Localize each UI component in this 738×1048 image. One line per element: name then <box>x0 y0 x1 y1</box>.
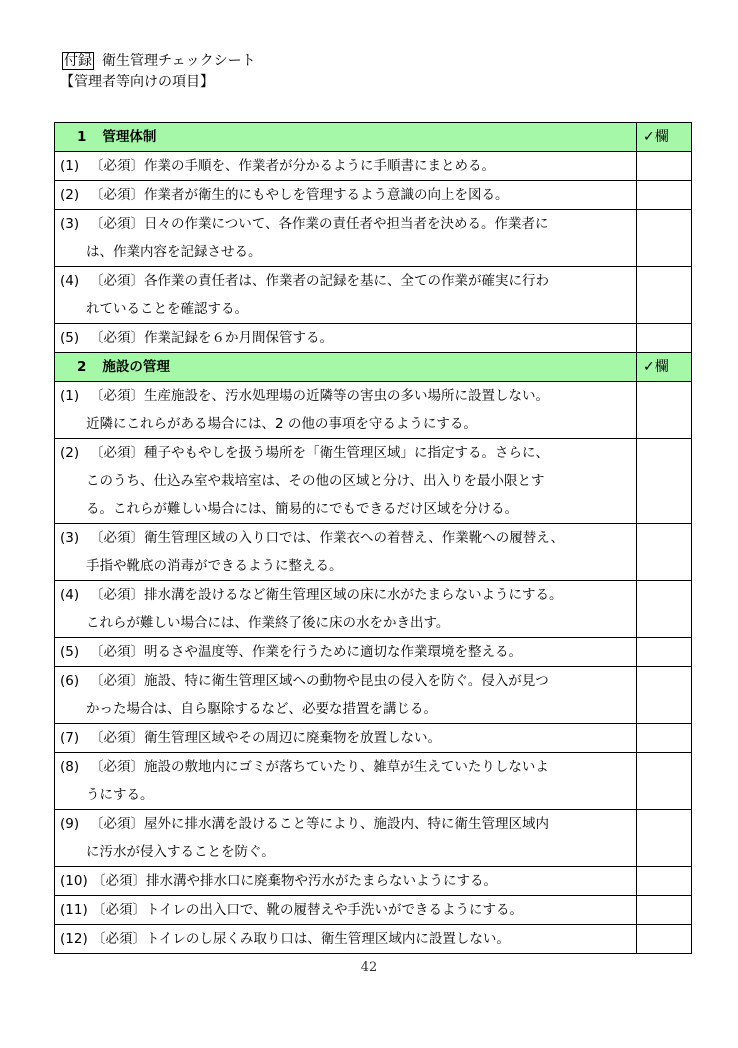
item-text-cell: (5)〔必須〕作業記録を６か月間保管する。 <box>55 324 637 353</box>
item-number: (2) <box>55 439 90 523</box>
item-text-cell: (2)〔必須〕種子やもやしを扱う場所を「衛生管理区域」に指定する。さらに、このう… <box>55 439 637 524</box>
document-title: 付録衛生管理チェックシート <box>62 51 256 71</box>
item-text: 〔必須〕施設の敷地内にゴミが落ちていたり、雑草が生えていたりしないようにする。 <box>90 753 636 809</box>
item-text-cell: (1)〔必須〕作業の手順を、作業者が分かるように手順書にまとめる。 <box>55 152 637 181</box>
item-text-line: 〔必須〕作業記録を６か月間保管する。 <box>90 324 632 352</box>
item-text-line: 〔必須〕トイレのし尿くみ取り口は、衛生管理区域内に設置しない。 <box>92 925 632 953</box>
check-cell[interactable] <box>637 896 692 925</box>
item-text-line: は、作業内容を記録させる。 <box>86 238 632 266</box>
item-text: 〔必須〕トイレのし尿くみ取り口は、衛生管理区域内に設置しない。 <box>92 925 636 953</box>
item-text: 〔必須〕排水溝や排水口に廃棄物や汚水がたまらないようにする。 <box>92 867 636 895</box>
check-cell[interactable] <box>637 724 692 753</box>
check-cell[interactable] <box>637 439 692 524</box>
item-text-cell: (9)〔必須〕屋外に排水溝を設けること等により、施設内、特に衛生管理区域内に汚水… <box>55 810 637 867</box>
check-cell[interactable] <box>637 524 692 581</box>
check-cell[interactable] <box>637 638 692 667</box>
item-number: (10) <box>55 867 92 895</box>
item-text-cell: (7)〔必須〕衛生管理区域やその周辺に廃棄物を放置しない。 <box>55 724 637 753</box>
item-text-line: 〔必須〕種子やもやしを扱う場所を「衛生管理区域」に指定する。さらに、 <box>90 439 632 467</box>
item-text-line: 〔必須〕衛生管理区域やその周辺に廃棄物を放置しない。 <box>90 724 632 752</box>
item-text-line: れていることを確認する。 <box>86 295 632 323</box>
item-text: 〔必須〕衛生管理区域の入り口では、作業衣への着替え、作業靴への履替え、手指や靴底… <box>90 524 636 580</box>
checklist-table: 1管理体制✓欄(1)〔必須〕作業の手順を、作業者が分かるように手順書にまとめる。… <box>54 122 692 954</box>
title-text: 衛生管理チェックシート <box>102 53 256 69</box>
item-number: (12) <box>55 925 92 953</box>
check-cell[interactable] <box>637 810 692 867</box>
item-number: (7) <box>55 724 90 752</box>
item-text: 〔必須〕作業者が衛生的にもやしを管理するよう意識の向上を図る。 <box>90 181 636 209</box>
item-text-line: る。これらが難しい場合には、簡易的にでもできるだけ区域を分ける。 <box>86 495 632 523</box>
item-text-line: に汚水が侵入することを防ぐ。 <box>86 838 632 866</box>
item-text-line: 〔必須〕トイレの出入口で、靴の履替えや手洗いができるようにする。 <box>92 896 632 924</box>
section-title-text: 管理体制 <box>102 129 156 145</box>
item-text-cell: (6)〔必須〕施設、特に衛生管理区域への動物や昆虫の侵入を防ぐ。侵入が見つかった… <box>55 667 637 724</box>
checklist-row: (9)〔必須〕屋外に排水溝を設けること等により、施設内、特に衛生管理区域内に汚水… <box>55 810 692 867</box>
item-text: 〔必須〕作業記録を６か月間保管する。 <box>90 324 636 352</box>
check-cell[interactable] <box>637 925 692 954</box>
item-text: 〔必須〕明るさや温度等、作業を行うために適切な作業環境を整える。 <box>90 638 636 666</box>
item-text-line: 〔必須〕各作業の責任者は、作業者の記録を基に、全ての作業が確実に行わ <box>90 267 632 295</box>
check-cell[interactable] <box>637 267 692 324</box>
item-text: 〔必須〕排水溝を設けるなど衛生管理区域の床に水がたまらないようにする。これらが難… <box>90 581 636 637</box>
item-number: (1) <box>55 152 90 180</box>
item-text: 〔必須〕作業の手順を、作業者が分かるように手順書にまとめる。 <box>90 152 636 180</box>
subtitle: 【管理者等向けの項目】 <box>60 72 214 92</box>
checklist-row: (12)〔必須〕トイレのし尿くみ取り口は、衛生管理区域内に設置しない。 <box>55 925 692 954</box>
checklist-row: (5)〔必須〕作業記録を６か月間保管する。 <box>55 324 692 353</box>
item-number: (8) <box>55 753 90 809</box>
item-text: 〔必須〕トイレの出入口で、靴の履替えや手洗いができるようにする。 <box>92 896 636 924</box>
checklist-row: (10)〔必須〕排水溝や排水口に廃棄物や汚水がたまらないようにする。 <box>55 867 692 896</box>
item-text-cell: (4)〔必須〕各作業の責任者は、作業者の記録を基に、全ての作業が確実に行われてい… <box>55 267 637 324</box>
item-text: 〔必須〕生産施設を、汚水処理場の近隣等の害虫の多い場所に設置しない。近隣にこれら… <box>90 382 636 438</box>
checklist-row: (8)〔必須〕施設の敷地内にゴミが落ちていたり、雑草が生えていたりしないようにす… <box>55 753 692 810</box>
checklist-row: (2)〔必須〕種子やもやしを扱う場所を「衛生管理区域」に指定する。さらに、このう… <box>55 439 692 524</box>
item-text: 〔必須〕各作業の責任者は、作業者の記録を基に、全ての作業が確実に行われていること… <box>90 267 636 323</box>
section-number: 2 <box>77 359 86 375</box>
item-text-line: かった場合は、自ら駆除するなど、必要な措置を講じる。 <box>86 695 632 723</box>
checklist-row: (3)〔必須〕衛生管理区域の入り口では、作業衣への着替え、作業靴への履替え、手指… <box>55 524 692 581</box>
check-cell[interactable] <box>637 753 692 810</box>
item-text-line: 手指や靴底の消毒ができるように整える。 <box>86 552 632 580</box>
section-title: 2施設の管理 <box>55 353 637 382</box>
item-number: (11) <box>55 896 92 924</box>
check-column-header: ✓欄 <box>637 123 692 152</box>
item-text-cell: (10)〔必須〕排水溝や排水口に廃棄物や汚水がたまらないようにする。 <box>55 867 637 896</box>
item-number: (9) <box>55 810 90 866</box>
section-number: 1 <box>77 129 86 145</box>
check-cell[interactable] <box>637 152 692 181</box>
page-number: 42 <box>0 960 738 975</box>
appendix-label: 付録 <box>62 52 94 70</box>
item-text-line: 〔必須〕屋外に排水溝を設けること等により、施設内、特に衛生管理区域内 <box>90 810 632 838</box>
check-cell[interactable] <box>637 867 692 896</box>
item-number: (3) <box>55 210 90 266</box>
item-text-line: 〔必須〕施設、特に衛生管理区域への動物や昆虫の侵入を防ぐ。侵入が見つ <box>90 667 632 695</box>
item-number: (1) <box>55 382 90 438</box>
item-text: 〔必須〕種子やもやしを扱う場所を「衛生管理区域」に指定する。さらに、このうち、仕… <box>90 439 636 523</box>
item-text-cell: (4)〔必須〕排水溝を設けるなど衛生管理区域の床に水がたまらないようにする。これ… <box>55 581 637 638</box>
item-text-line: 〔必須〕施設の敷地内にゴミが落ちていたり、雑草が生えていたりしないよ <box>90 753 632 781</box>
check-cell[interactable] <box>637 581 692 638</box>
item-text-cell: (11)〔必須〕トイレの出入口で、靴の履替えや手洗いができるようにする。 <box>55 896 637 925</box>
check-cell[interactable] <box>637 382 692 439</box>
item-text: 〔必須〕日々の作業について、各作業の責任者や担当者を決める。作業者には、作業内容… <box>90 210 636 266</box>
section-title-text: 施設の管理 <box>102 359 170 375</box>
item-text-cell: (5)〔必須〕明るさや温度等、作業を行うために適切な作業環境を整える。 <box>55 638 637 667</box>
item-text-cell: (3)〔必須〕衛生管理区域の入り口では、作業衣への着替え、作業靴への履替え、手指… <box>55 524 637 581</box>
item-text-line: うにする。 <box>86 781 632 809</box>
item-text-line: 〔必須〕生産施設を、汚水処理場の近隣等の害虫の多い場所に設置しない。 <box>90 382 632 410</box>
item-text-cell: (2)〔必須〕作業者が衛生的にもやしを管理するよう意識の向上を図る。 <box>55 181 637 210</box>
checklist-row: (6)〔必須〕施設、特に衛生管理区域への動物や昆虫の侵入を防ぐ。侵入が見つかった… <box>55 667 692 724</box>
item-number: (6) <box>55 667 90 723</box>
check-cell[interactable] <box>637 181 692 210</box>
checklist-row: (4)〔必須〕排水溝を設けるなど衛生管理区域の床に水がたまらないようにする。これ… <box>55 581 692 638</box>
item-text-line: 〔必須〕日々の作業について、各作業の責任者や担当者を決める。作業者に <box>90 210 632 238</box>
check-cell[interactable] <box>637 324 692 353</box>
item-text-cell: (1)〔必須〕生産施設を、汚水処理場の近隣等の害虫の多い場所に設置しない。近隣に… <box>55 382 637 439</box>
section-title: 1管理体制 <box>55 123 637 152</box>
check-cell[interactable] <box>637 210 692 267</box>
item-number: (2) <box>55 181 90 209</box>
item-number: (4) <box>55 581 90 637</box>
section-header-1: 1管理体制✓欄 <box>55 123 692 152</box>
item-text-cell: (3)〔必須〕日々の作業について、各作業の責任者や担当者を決める。作業者には、作… <box>55 210 637 267</box>
item-text-line: 〔必須〕明るさや温度等、作業を行うために適切な作業環境を整える。 <box>90 638 632 666</box>
item-text-line: 〔必須〕排水溝や排水口に廃棄物や汚水がたまらないようにする。 <box>92 867 632 895</box>
item-text-line: これらが難しい場合には、作業終了後に床の水をかき出す。 <box>86 609 632 637</box>
checklist-row: (1)〔必須〕生産施設を、汚水処理場の近隣等の害虫の多い場所に設置しない。近隣に… <box>55 382 692 439</box>
item-text-cell: (12)〔必須〕トイレのし尿くみ取り口は、衛生管理区域内に設置しない。 <box>55 925 637 954</box>
item-text-line: 〔必須〕排水溝を設けるなど衛生管理区域の床に水がたまらないようにする。 <box>90 581 632 609</box>
item-number: (3) <box>55 524 90 580</box>
checklist-row: (5)〔必須〕明るさや温度等、作業を行うために適切な作業環境を整える。 <box>55 638 692 667</box>
checklist-row: (7)〔必須〕衛生管理区域やその周辺に廃棄物を放置しない。 <box>55 724 692 753</box>
checklist-row: (2)〔必須〕作業者が衛生的にもやしを管理するよう意識の向上を図る。 <box>55 181 692 210</box>
item-text: 〔必須〕屋外に排水溝を設けること等により、施設内、特に衛生管理区域内に汚水が侵入… <box>90 810 636 866</box>
item-number: (5) <box>55 324 90 352</box>
check-cell[interactable] <box>637 667 692 724</box>
checklist-body: 1管理体制✓欄(1)〔必須〕作業の手順を、作業者が分かるように手順書にまとめる。… <box>55 123 692 954</box>
item-number: (4) <box>55 267 90 323</box>
item-text-line: 〔必須〕作業の手順を、作業者が分かるように手順書にまとめる。 <box>90 152 632 180</box>
item-text: 〔必須〕施設、特に衛生管理区域への動物や昆虫の侵入を防ぐ。侵入が見つかった場合は… <box>90 667 636 723</box>
checklist-row: (11)〔必須〕トイレの出入口で、靴の履替えや手洗いができるようにする。 <box>55 896 692 925</box>
item-text: 〔必須〕衛生管理区域やその周辺に廃棄物を放置しない。 <box>90 724 636 752</box>
item-text-line: 〔必須〕作業者が衛生的にもやしを管理するよう意識の向上を図る。 <box>90 181 632 209</box>
checklist-row: (3)〔必須〕日々の作業について、各作業の責任者や担当者を決める。作業者には、作… <box>55 210 692 267</box>
item-text-cell: (8)〔必須〕施設の敷地内にゴミが落ちていたり、雑草が生えていたりしないようにす… <box>55 753 637 810</box>
item-number: (5) <box>55 638 90 666</box>
checklist-row: (4)〔必須〕各作業の責任者は、作業者の記録を基に、全ての作業が確実に行われてい… <box>55 267 692 324</box>
item-text-line: 〔必須〕衛生管理区域の入り口では、作業衣への着替え、作業靴への履替え、 <box>90 524 632 552</box>
section-header-2: 2施設の管理✓欄 <box>55 353 692 382</box>
checklist-row: (1)〔必須〕作業の手順を、作業者が分かるように手順書にまとめる。 <box>55 152 692 181</box>
item-text-line: このうち、仕込み室や栽培室は、その他の区域と分け、出入りを最小限とす <box>86 467 632 495</box>
item-text-line: 近隣にこれらがある場合には、2 の他の事項を守るようにする。 <box>86 410 632 438</box>
check-column-header: ✓欄 <box>637 353 692 382</box>
